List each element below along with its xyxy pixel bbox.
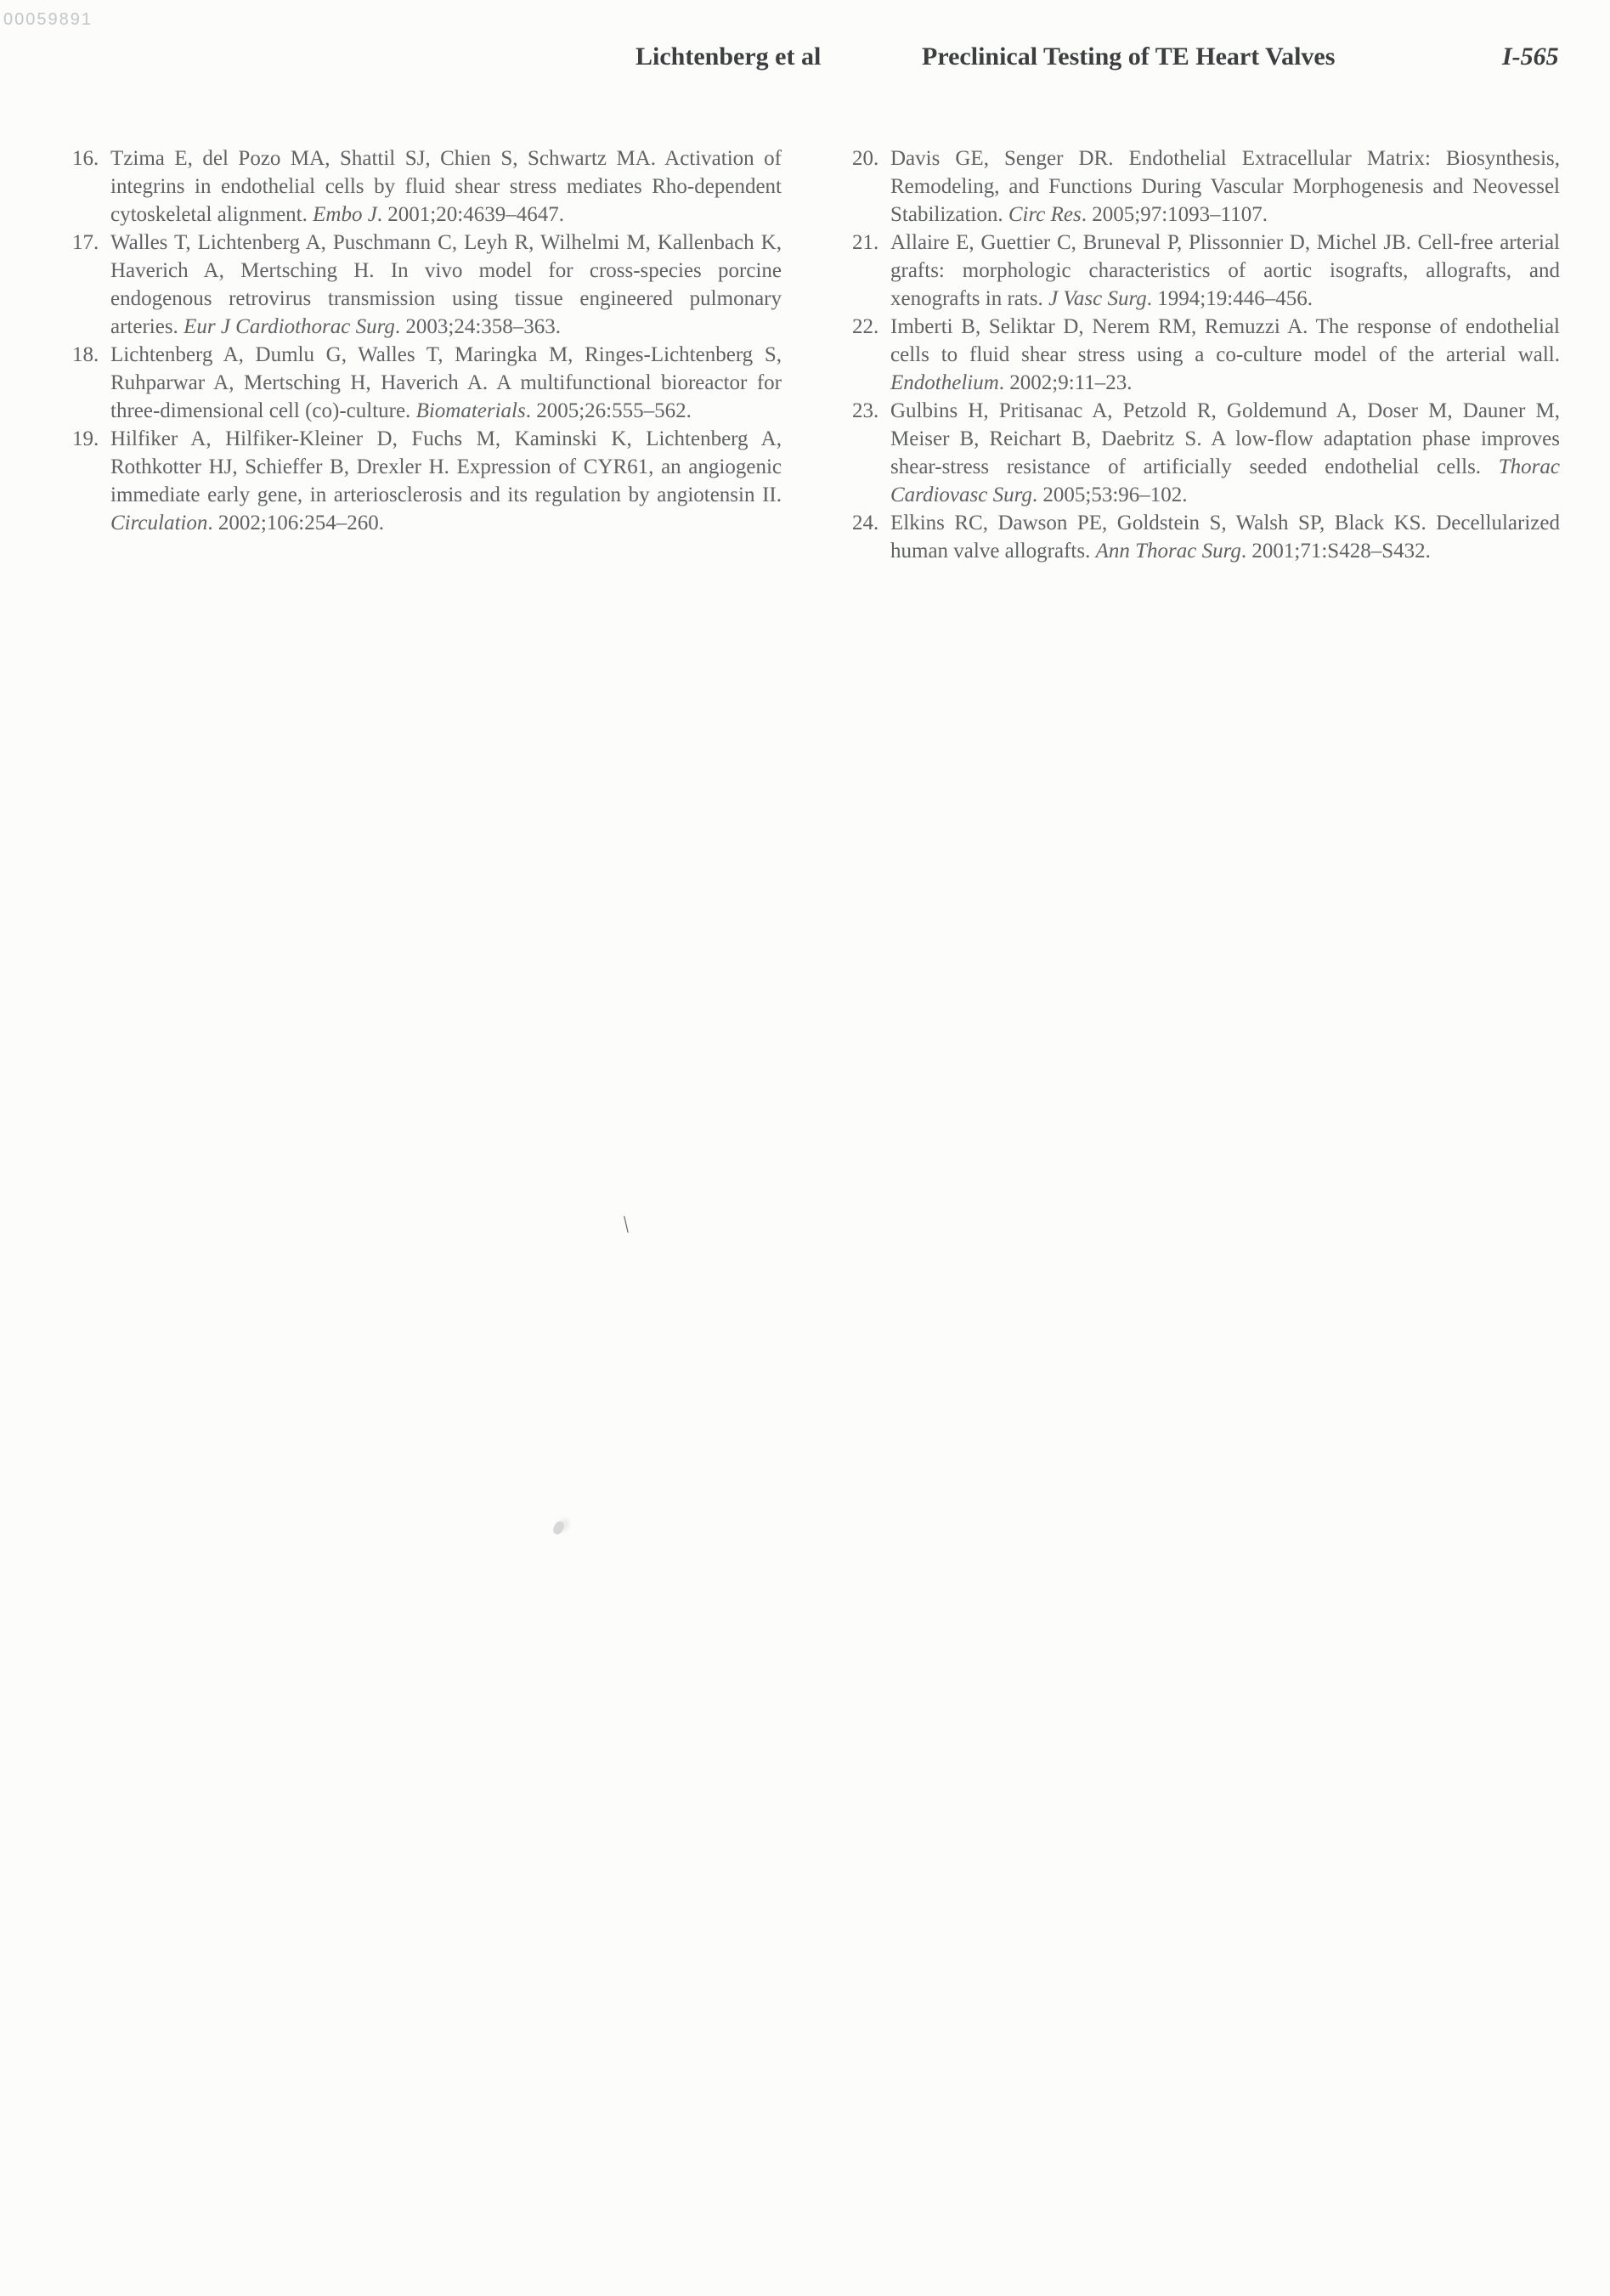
reference-number: 19. <box>72 425 110 537</box>
page-number: I-565 <box>1502 42 1559 71</box>
reference-number: 17. <box>72 229 110 341</box>
reference-text: Davis GE, Senger DR. Endothelial Extrace… <box>890 144 1560 229</box>
running-header-title: Preclinical Testing of TE Heart Valves <box>922 42 1335 71</box>
reference-text: Walles T, Lichtenberg A, Puschmann C, Le… <box>110 229 782 341</box>
reference-text: Allaire E, Guettier C, Bruneval P, Pliss… <box>890 229 1560 313</box>
reference-text: Elkins RC, Dawson PE, Goldstein S, Walsh… <box>890 509 1560 565</box>
reference-item: 24.Elkins RC, Dawson PE, Goldstein S, Wa… <box>852 509 1560 565</box>
reference-number: 22. <box>852 313 890 397</box>
reference-text: Lichtenberg A, Dumlu G, Walles T, Maring… <box>110 341 782 425</box>
reference-item: 18.Lichtenberg A, Dumlu G, Walles T, Mar… <box>72 341 782 425</box>
running-header: Lichtenberg et al Preclinical Testing of… <box>0 42 1610 76</box>
reference-text: Hilfiker A, Hilfiker-Kleiner D, Fuchs M,… <box>110 425 782 537</box>
reference-number: 18. <box>72 341 110 425</box>
reference-item: 16.Tzima E, del Pozo MA, Shattil SJ, Chi… <box>72 144 782 229</box>
reference-number: 24. <box>852 509 890 565</box>
references-column-right: 20.Davis GE, Senger DR. Endothelial Extr… <box>852 144 1560 565</box>
reference-text: Imberti B, Seliktar D, Nerem RM, Remuzzi… <box>890 313 1560 397</box>
references-column-left: 16.Tzima E, del Pozo MA, Shattil SJ, Chi… <box>72 144 782 537</box>
reference-number: 20. <box>852 144 890 229</box>
reference-item: 23.Gulbins H, Pritisanac A, Petzold R, G… <box>852 397 1560 509</box>
reference-item: 20.Davis GE, Senger DR. Endothelial Extr… <box>852 144 1560 229</box>
document-scan-number: 00059891 <box>3 10 93 30</box>
reference-text: Gulbins H, Pritisanac A, Petzold R, Gold… <box>890 397 1560 509</box>
reference-number: 21. <box>852 229 890 313</box>
reference-number: 23. <box>852 397 890 509</box>
scan-artifact-mark: \ <box>621 1212 630 1240</box>
scan-artifact-smudge <box>551 1519 566 1535</box>
reference-item: 21.Allaire E, Guettier C, Bruneval P, Pl… <box>852 229 1560 313</box>
scanned-page: 00059891 Lichtenberg et al Preclinical T… <box>0 0 1610 2296</box>
reference-item: 19.Hilfiker A, Hilfiker-Kleiner D, Fuchs… <box>72 425 782 537</box>
reference-number: 16. <box>72 144 110 229</box>
reference-item: 17.Walles T, Lichtenberg A, Puschmann C,… <box>72 229 782 341</box>
reference-item: 22.Imberti B, Seliktar D, Nerem RM, Remu… <box>852 313 1560 397</box>
reference-text: Tzima E, del Pozo MA, Shattil SJ, Chien … <box>110 144 782 229</box>
running-header-author: Lichtenberg et al <box>636 42 821 71</box>
